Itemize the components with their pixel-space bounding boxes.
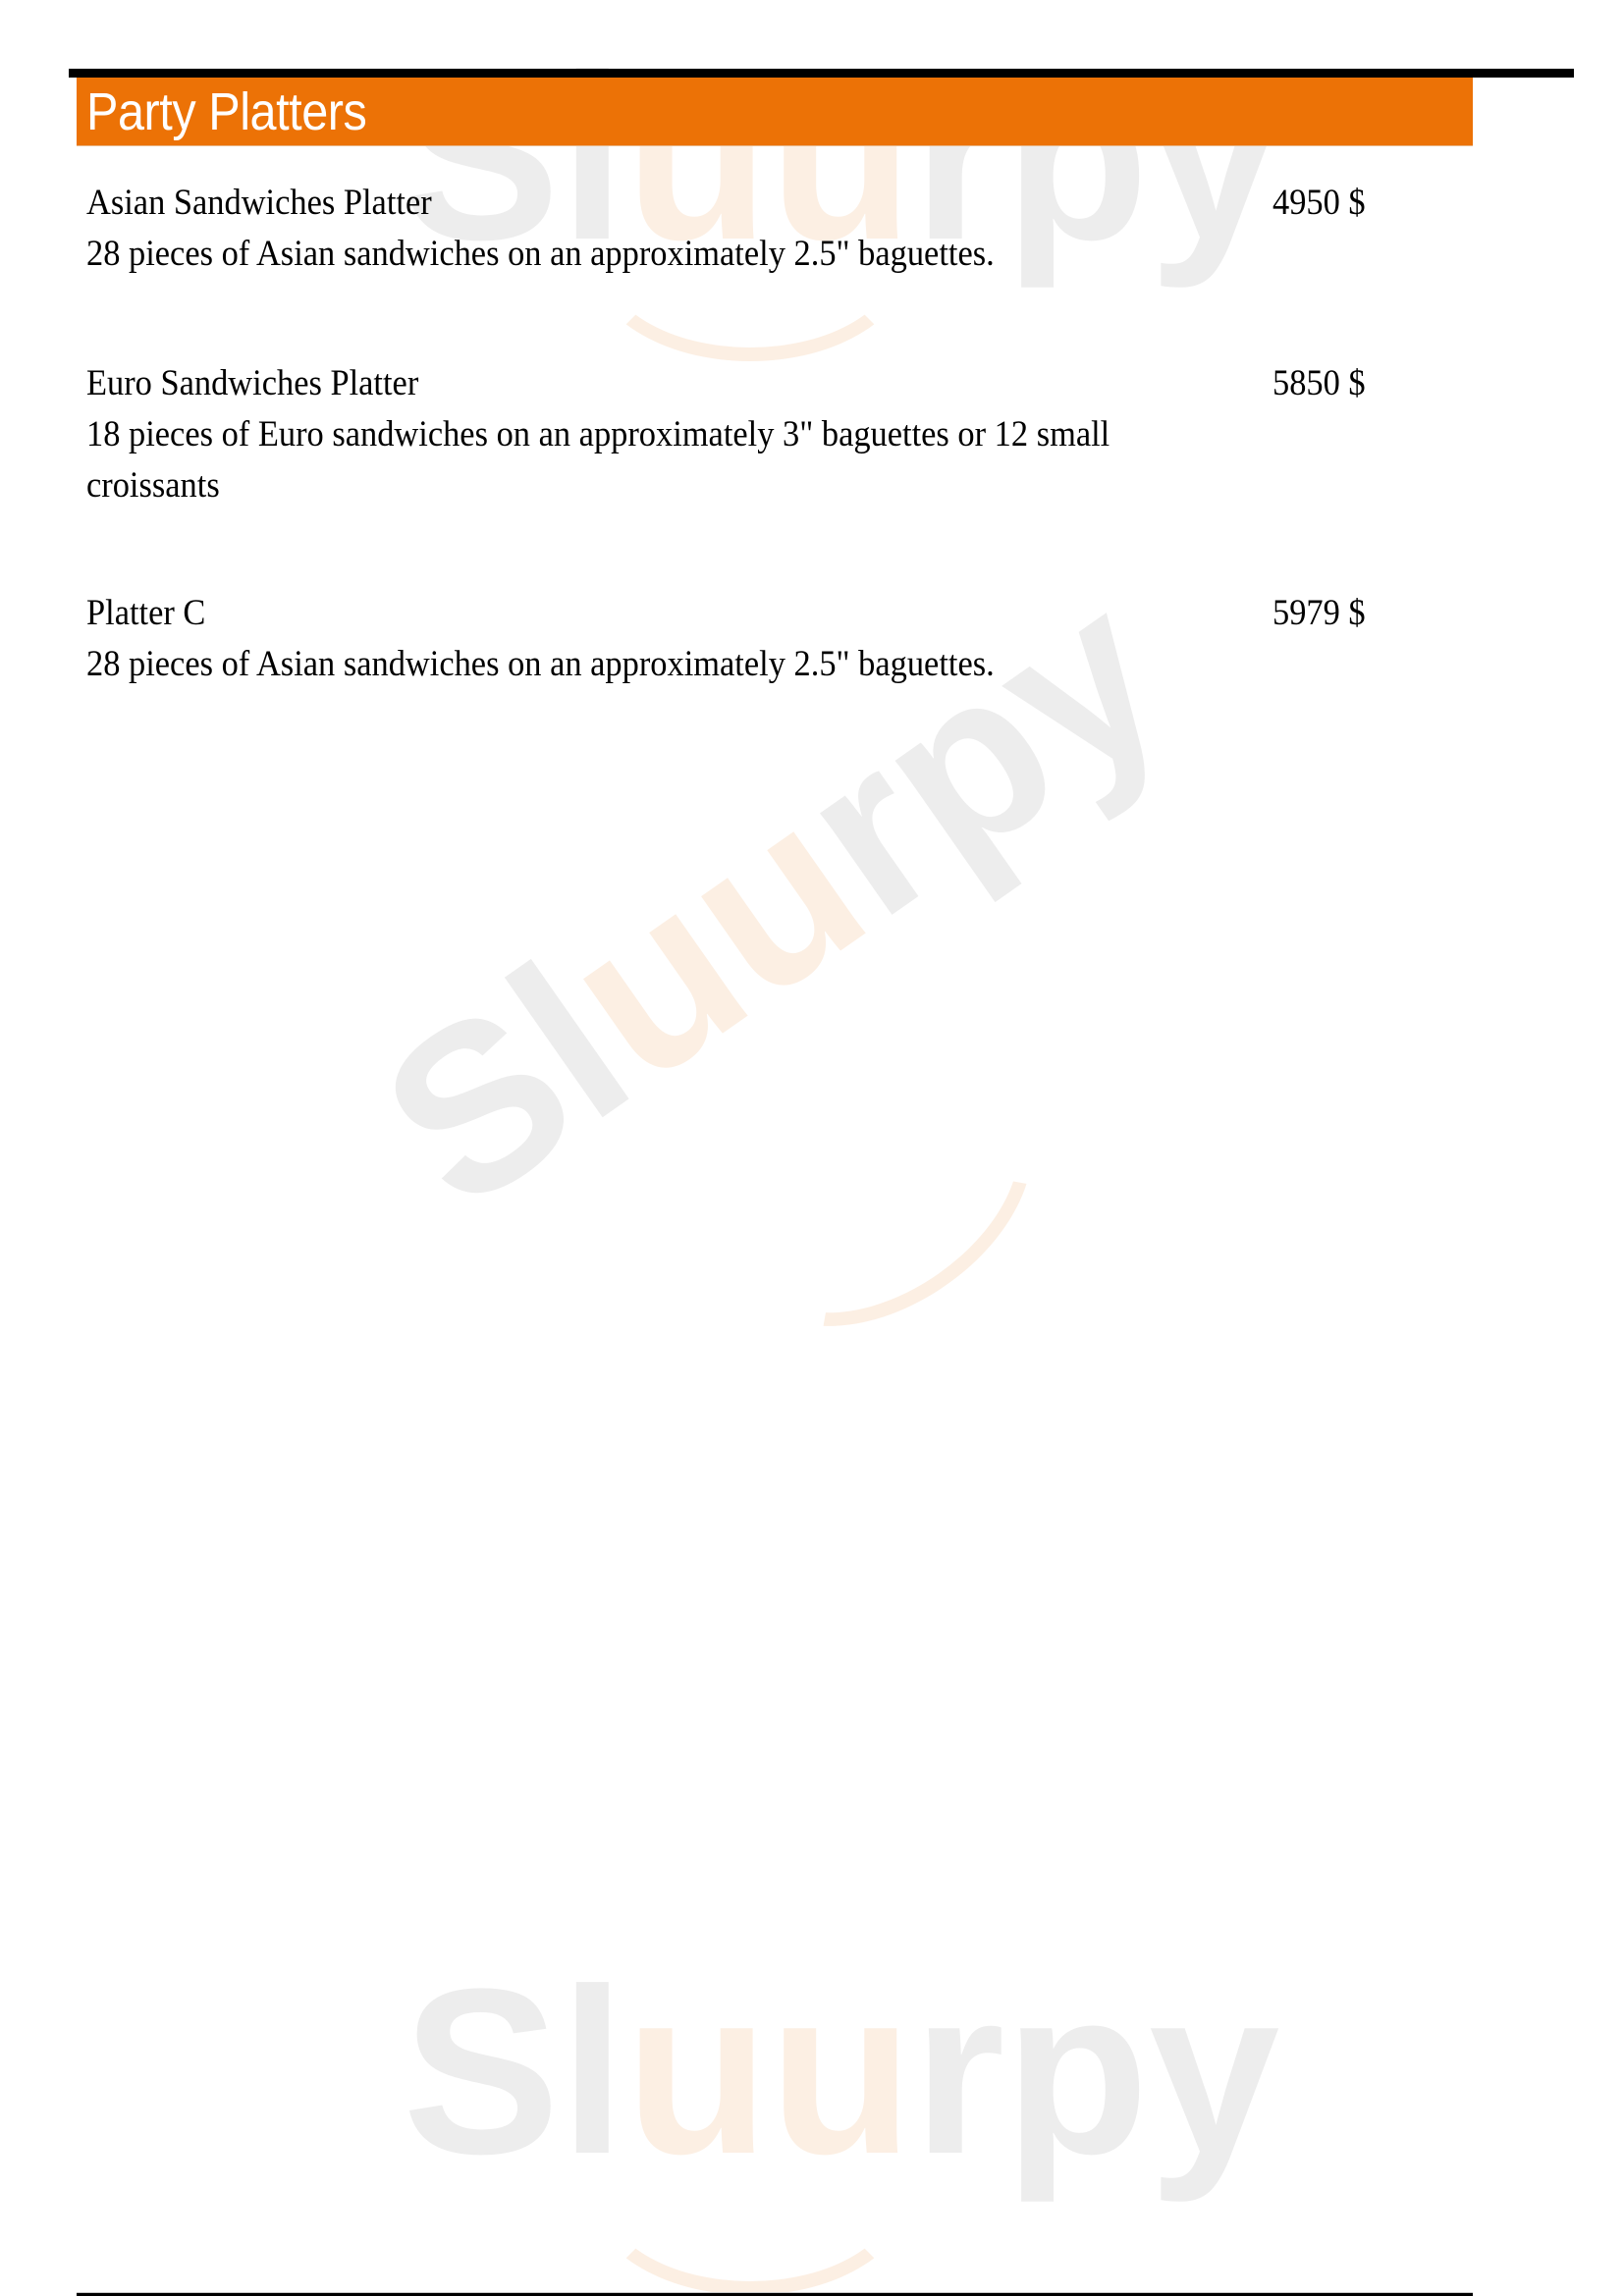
watermark-smile-icon: [697, 1026, 1078, 1378]
watermark-smile-icon: [589, 2091, 911, 2295]
watermark-text-uu: uu: [520, 750, 907, 1131]
item-name: Euro Sandwiches Platter: [86, 358, 1301, 409]
item-description: 28 pieces of Asian sandwiches on an appr…: [86, 229, 1301, 280]
item-price: 5850 $: [1272, 358, 1366, 409]
top-divider: [69, 69, 1574, 78]
menu-item: Asian Sandwiches Platter 4950 $ 28 piece…: [86, 178, 1392, 280]
item-description: 28 pieces of Asian sandwiches on an appr…: [86, 639, 1301, 690]
item-price: 4950 $: [1272, 178, 1366, 229]
menu-item: Platter C 5979 $ 28 pieces of Asian sand…: [86, 588, 1392, 690]
watermark-text-sl: Sl: [338, 915, 671, 1258]
item-name: Platter C: [86, 588, 1301, 639]
section-title: Party Platters: [86, 81, 366, 142]
watermark-text-rpy: rpy: [913, 1940, 1279, 2203]
item-price: 5979 $: [1272, 588, 1366, 639]
menu-item: Euro Sandwiches Platter 5850 $ 18 pieces…: [86, 358, 1392, 511]
item-description: 18 pieces of Euro sandwiches on an appro…: [86, 409, 1173, 511]
watermark-text-sl: Sl: [403, 1940, 625, 2203]
item-name: Asian Sandwiches Platter: [86, 178, 1301, 229]
section-header: Party Platters: [77, 78, 1473, 146]
